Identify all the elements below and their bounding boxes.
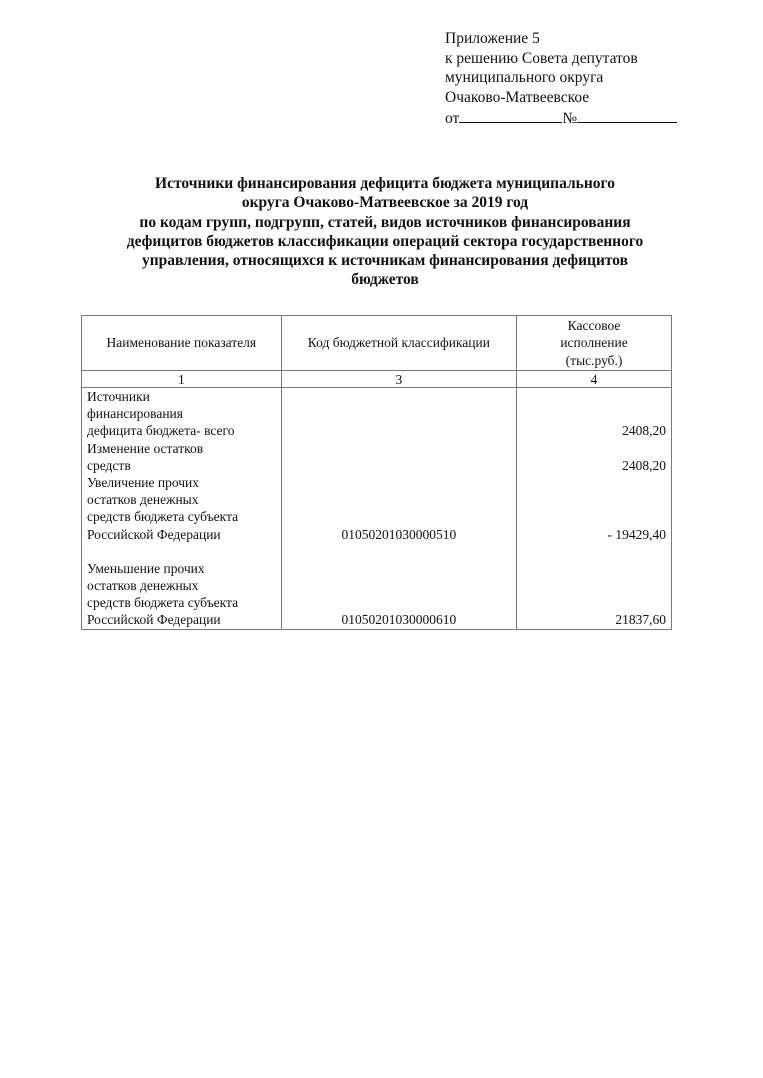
row-name-line: Уменьшение прочих	[87, 560, 276, 577]
date-blank	[459, 107, 562, 123]
row-code	[281, 388, 516, 440]
title-line: Источники финансирования дефицита бюджет…	[80, 174, 690, 193]
column-number: 4	[517, 371, 672, 388]
annex-line: муниципального округа	[445, 68, 677, 88]
document-title: Источники финансирования дефицита бюджет…	[80, 174, 690, 290]
annex-line: Очаково-Матвеевское	[445, 88, 677, 108]
row-name-line: средств	[87, 457, 276, 474]
annex-date-number-line: от№	[445, 107, 677, 129]
row-name-line: средств бюджета субъекта	[87, 594, 276, 611]
table-row: Источникифинансированиядефицита бюджета-…	[82, 388, 672, 440]
row-name-line: средств бюджета субъекта	[87, 508, 276, 525]
table-row: Увеличение прочихостатков денежныхсредст…	[82, 474, 672, 543]
row-name-line: Изменение остатков	[87, 440, 276, 457]
column-number: 1	[82, 371, 282, 388]
spacer-cell	[82, 543, 282, 560]
row-name: Источникифинансированиядефицита бюджета-…	[82, 388, 282, 440]
column-number: 3	[281, 371, 516, 388]
row-name: Уменьшение прочихостатков денежныхсредст…	[82, 560, 282, 629]
table-header-row: Наименование показателя Код бюджетной кл…	[82, 316, 672, 371]
header-name: Наименование показателя	[82, 316, 282, 371]
row-amount: 2408,20	[517, 388, 672, 440]
title-line: по кодам групп, подгрупп, статей, видов …	[80, 213, 690, 232]
header-amount-line: (тыс.руб.)	[522, 352, 666, 369]
row-name: Увеличение прочихостатков денежныхсредст…	[82, 474, 282, 543]
title-line: управления, относящихся к источникам фин…	[80, 251, 690, 270]
row-name-line: финансирования	[87, 405, 276, 422]
number-label: №	[562, 110, 577, 127]
row-name-line: остатков денежных	[87, 491, 276, 508]
row-amount: 21837,60	[517, 560, 672, 629]
title-line: бюджетов	[80, 270, 690, 289]
row-name-line: Российской Федерации	[87, 526, 276, 543]
row-name-line: Источники	[87, 388, 276, 405]
sources-table: Наименование показателя Код бюджетной кл…	[81, 315, 672, 630]
annex-line: к решению Совета депутатов	[445, 49, 677, 69]
spacer-cell	[281, 543, 516, 560]
title-line: округа Очаково-Матвеевское за 2019 год	[80, 193, 690, 212]
row-name-line: остатков денежных	[87, 577, 276, 594]
header-amount-line: Кассовое	[522, 317, 666, 334]
row-code: 01050201030000610	[281, 560, 516, 629]
table-body: Источникифинансированиядефицита бюджета-…	[82, 388, 672, 630]
row-code: 01050201030000510	[281, 474, 516, 543]
row-amount: 2408,20	[517, 440, 672, 474]
table-row: Уменьшение прочихостатков денежныхсредст…	[82, 560, 672, 629]
header-code: Код бюджетной классификации	[281, 316, 516, 371]
number-blank	[577, 107, 677, 123]
column-number-row: 1 3 4	[82, 371, 672, 388]
table-row: Изменение остатковсредств2408,20	[82, 440, 672, 474]
from-label: от	[445, 110, 459, 127]
annex-line: Приложение 5	[445, 29, 677, 49]
header-amount: Кассовое исполнение (тыс.руб.)	[517, 316, 672, 371]
spacer-row	[82, 543, 672, 560]
annex-header: Приложение 5 к решению Совета депутатов …	[445, 29, 677, 129]
row-code	[281, 440, 516, 474]
spacer-cell	[517, 543, 672, 560]
title-line: дефицитов бюджетов классификации операци…	[80, 232, 690, 251]
row-amount: - 19429,40	[517, 474, 672, 543]
row-name-line: дефицита бюджета- всего	[87, 422, 276, 439]
row-name-line: Увеличение прочих	[87, 474, 276, 491]
header-amount-line: исполнение	[522, 334, 666, 351]
row-name-line: Российской Федерации	[87, 611, 276, 628]
row-name: Изменение остатковсредств	[82, 440, 282, 474]
